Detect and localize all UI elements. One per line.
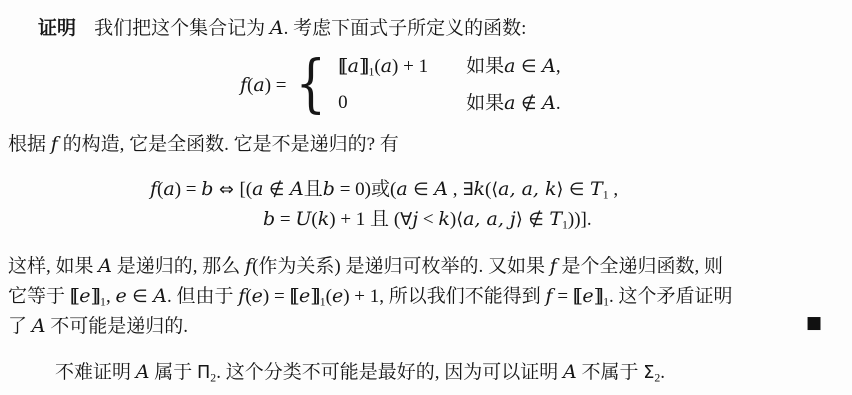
case2-expression: 0 [338, 90, 466, 117]
conclusion-line1: 这样, 如果 A 是递归的, 那么 f(作为关系) 是递归可枚举的. 又如果 f… [8, 252, 723, 281]
formula1-lhs: f(a) = [240, 74, 287, 97]
book-page: 证明我们把这个集合记为 A. 考虑下面式子所定义的函数: f(a) = { [[… [0, 0, 852, 395]
function-definition-formula: f(a) = { [[a]]1(a) + 1 如果a ∈ A, 0 如果a ∉ … [240, 53, 561, 117]
case2-condition: 如果a ∉ A. [466, 90, 560, 117]
proof-opening-paragraph: 证明我们把这个集合记为 A. 考虑下面式子所定义的函数: [38, 14, 526, 43]
case1-expression: [[a]]1(a) + 1 [338, 53, 466, 85]
construction-paragraph: 根据 f 的构造, 它是全函数. 它是不是递归的? 有 [8, 130, 399, 159]
recursion-equivalence-formula-line2: b = U(k) + 1 且 (∀j < k)⟨a, a, j⟩ ∉ T1))]… [263, 205, 592, 239]
proof-opening-text: 我们把这个集合记为 A. 考虑下面式子所定义的函数: [94, 18, 526, 39]
conclusion-line3: 了 A 不可能是递归的. [8, 312, 188, 341]
classification-remark-paragraph: 不难证明 A 属于 Π2. 这个分类不可能是最好的, 因为可以证明 A 不属于 … [55, 358, 665, 392]
cases-block: [[a]]1(a) + 1 如果a ∈ A, 0 如果a ∉ A. [338, 53, 560, 117]
cases-left-brace: { [295, 54, 325, 117]
case-row-in-A: [[a]]1(a) + 1 如果a ∈ A, [338, 53, 560, 85]
case1-condition: 如果a ∈ A, [466, 53, 560, 85]
qed-square: ■ [806, 313, 822, 333]
proof-label: 证明 [38, 18, 76, 39]
case-row-not-in-A: 0 如果a ∉ A. [338, 90, 560, 117]
